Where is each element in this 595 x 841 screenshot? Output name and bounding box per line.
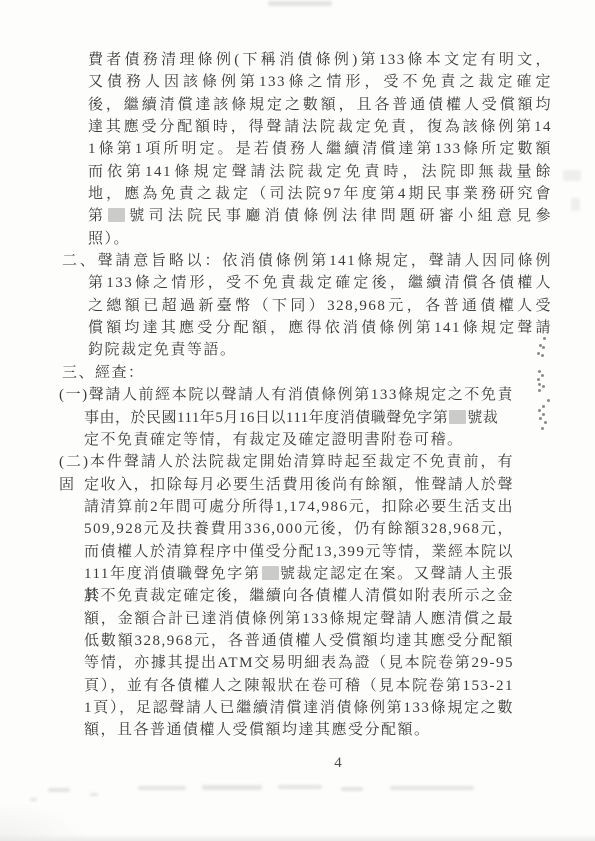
text-line: 而依第141條規定聲請法院裁定免責時，法院即無裁量餘 <box>88 161 552 183</box>
text-segment: 之總額已超過新臺幣（下同）328,968元，各普通債權人受 <box>88 298 552 314</box>
faint-smudge <box>571 198 580 211</box>
text-segment: 事由，於民國111年5月16日以111年度消債職聲免字第 <box>84 410 448 426</box>
text-line: 償額均達其應受分配額，應得依消債條例第141條規定聲請 <box>88 317 552 339</box>
margin-dot <box>542 385 545 388</box>
text-segment: 照）。 <box>88 231 130 247</box>
text-segment: 1條第1項所明定。是若債務人繼續清償達第133條所定數額 <box>88 141 552 157</box>
text-segment: 111年度消債職聲免字第 <box>84 566 261 582</box>
text-segment: 達其應受分配額時，得聲請法院裁定免責，復為該條例第14 <box>88 119 552 135</box>
text-line: 1條第1項所明定。是若債務人繼續清償達第133條所定數額 <box>88 138 552 160</box>
margin-dot <box>542 413 545 416</box>
page-number: 4 <box>322 752 354 774</box>
text-line: 費者債務清理條例(下稱消債條例)第133條本文定有明文， <box>88 49 552 71</box>
bleed-mark <box>202 785 262 790</box>
text-line: 二、聲請意旨略以：依消債條例第141條規定，聲請人因同條例 <box>62 250 552 272</box>
redaction-box <box>108 208 125 222</box>
margin-dot <box>537 378 540 381</box>
text-segment: 等情，亦據其提出ATM交易明細表為證（見本院卷第29-95 <box>84 655 514 671</box>
text-segment: 1頁），足認聲請人已繼續清償達消債條例第133條規定之數 <box>84 700 514 716</box>
text-line: 照）。 <box>88 228 595 250</box>
text-segment: 而依第141條規定聲請法院裁定免責時，法院即無裁量餘 <box>88 164 552 180</box>
bleed-mark <box>278 785 322 789</box>
bleed-mark <box>138 786 186 790</box>
list-marker: (一) <box>59 387 89 403</box>
text-line: 三、經查： <box>62 362 595 384</box>
text-segment: 額，且各普通債權人受償額均達其應受分配額。 <box>84 722 431 738</box>
text-line: 頁），並有各債權人之陳報狀在卷可稽（見本院卷第153-21 <box>84 675 514 697</box>
text-line: 定收入，扣除每月必要生活費用後尚有餘額，惟聲請人於聲 <box>84 474 514 496</box>
text-segment: 號裁 <box>467 410 498 426</box>
margin-dot <box>547 399 550 402</box>
text-segment: 經查： <box>95 365 145 381</box>
text-segment: 鈞院裁定免責等語。 <box>88 342 237 358</box>
text-line: 事由，於民國111年5月16日以111年度消債職聲免字第號裁 <box>84 407 595 429</box>
faint-smudge <box>563 170 581 181</box>
margin-dot <box>541 374 544 377</box>
text-segment: 第133條之情形，受不免責裁定確定後，繼續清償各債權人 <box>88 275 552 291</box>
margin-dot <box>541 354 544 357</box>
margin-dot <box>537 352 540 355</box>
redaction-box <box>262 566 279 580</box>
text-segment: 地，應為免責之裁定（司法院97年度第4期民事業務研究會 <box>88 186 552 202</box>
text-line: 之總額已超過新臺幣（下同）328,968元，各普通債權人受 <box>88 295 552 317</box>
margin-dot <box>538 409 541 412</box>
text-segment: 償額均達其應受分配額，應得依消債條例第141條規定聲請 <box>88 320 552 336</box>
text-segment: 於不免責裁定確定後，繼續向各債權人清償如附表所示之金 <box>84 588 514 604</box>
text-line: 111年度消債職聲免字第號裁定認定在案。又聲請人主張其 <box>84 563 514 585</box>
text-segment: 額，金額合計已達消債條例第133條規定聲請人應清償之最 <box>84 611 514 627</box>
text-segment: 頁），並有各債權人之陳報狀在卷可稽（見本院卷第153-21 <box>84 678 514 694</box>
text-segment: 號司法院民事廳消債條例法律問題研審小組意見參 <box>126 208 552 224</box>
margin-dot <box>542 405 545 408</box>
bleed-mark <box>48 788 70 792</box>
text-line: 達其應受分配額時，得聲請法院裁定免責，復為該條例第14 <box>88 116 552 138</box>
text-line: 後，繼續清償達該條規定之數額，且各普通債權人受償額均 <box>88 94 552 116</box>
text-line: 低數額328,968元，各普通債權人受償額均達其應受分配額 <box>84 630 514 652</box>
text-line: 等情，亦據其提出ATM交易明細表為證（見本院卷第29-95 <box>84 652 514 674</box>
text-line: 又債務人因該條例第133條之情形，受不免責之裁定確定 <box>88 71 552 93</box>
text-line: 第號司法院民事廳消債條例法律問題研審小組意見參 <box>88 205 552 227</box>
text-line: 於不免責裁定確定後，繼續向各債權人清償如附表所示之金 <box>84 585 514 607</box>
margin-dot <box>538 389 541 392</box>
scanned-document-page: 費者債務清理條例(下稱消債條例)第133條本文定有明文，又債務人因該條例第133… <box>0 0 595 841</box>
list-marker: 三、 <box>62 365 95 381</box>
text-segment: 而債權人於清算程序中僅受分配13,399元等情，業經本院以 <box>84 544 514 560</box>
text-line: 額，金額合計已達消債條例第133條規定聲請人應清償之最 <box>84 608 514 630</box>
margin-dot <box>538 383 541 386</box>
text-segment: 請清算前2年間可處分所得1,174,986元，扣除必要生活支出 <box>84 499 514 515</box>
text-line: 509,928元及扶養費用336,000元後，仍有餘額328,968元， <box>84 518 514 540</box>
margin-dot <box>543 337 546 340</box>
text-line: 定不免責確定等情，有裁定及確定證明書附卷可稽。 <box>84 429 595 451</box>
text-line: 額，且各普通債權人受償額均達其應受分配額。 <box>84 719 595 741</box>
text-segment: 聲請人前經本院以聲請人有消債條例第133條規定之不免責 <box>89 387 514 403</box>
text-line: 地，應為免責之裁定（司法院97年度第4期民事業務研究會 <box>88 183 552 205</box>
text-segment: 費者債務清理條例(下稱消債條例)第133條本文定有明文， <box>88 52 552 68</box>
margin-dot <box>544 421 547 424</box>
text-segment: 定不免責確定等情，有裁定及確定證明書附卷可稽。 <box>84 432 464 448</box>
text-segment: 定收入，扣除每月必要生活費用後尚有餘額，惟聲請人於聲 <box>84 477 514 493</box>
bleed-mark <box>390 786 474 790</box>
text-segment: 509,928元及扶養費用336,000元後，仍有餘額328,968元， <box>84 521 514 537</box>
text-line: 1頁），足認聲請人已繼續清償達消債條例第133條規定之數 <box>84 697 514 719</box>
text-block: 費者債務清理條例(下稱消債條例)第133條本文定有明文，又債務人因該條例第133… <box>0 49 595 742</box>
text-line: (一)聲請人前經本院以聲請人有消債條例第133條規定之不免責 <box>59 384 514 406</box>
margin-dot <box>538 370 541 373</box>
text-segment: 後，繼續清償達該條規定之數額，且各普通債權人受償額均 <box>88 97 552 113</box>
text-segment: 聲請意旨略以：依消債條例第141條規定，聲請人因同條例 <box>98 253 552 269</box>
text-line: 請清算前2年間可處分所得1,174,986元，扣除必要生活支出 <box>84 496 514 518</box>
text-line: (二)本件聲請人於法院裁定開始清算時起至裁定不免責前，有固 <box>59 451 514 473</box>
text-segment: 第 <box>88 208 107 224</box>
bleed-mark <box>341 787 363 791</box>
text-line: 第133條之情形，受不免責裁定確定後，繼續清償各債權人 <box>88 272 552 294</box>
bleed-mark <box>268 1 332 6</box>
bleed-mark <box>90 793 98 796</box>
margin-dot <box>541 427 544 430</box>
text-line: 鈞院裁定免責等語。 <box>88 339 595 361</box>
text-segment: 低數額328,968元，各普通債權人受償額均達其應受分配額 <box>84 633 514 649</box>
redaction-box <box>449 410 466 424</box>
list-marker: 二、 <box>62 253 98 269</box>
text-segment: 又債務人因該條例第133條之情形，受不免責之裁定確定 <box>88 74 552 90</box>
scan-corner-shading <box>0 801 90 841</box>
margin-dot <box>539 417 542 420</box>
list-marker: (二) <box>59 454 89 470</box>
text-line: 而債權人於清算程序中僅受分配13,399元等情，業經本院以 <box>84 541 514 563</box>
margin-dot <box>542 346 545 349</box>
